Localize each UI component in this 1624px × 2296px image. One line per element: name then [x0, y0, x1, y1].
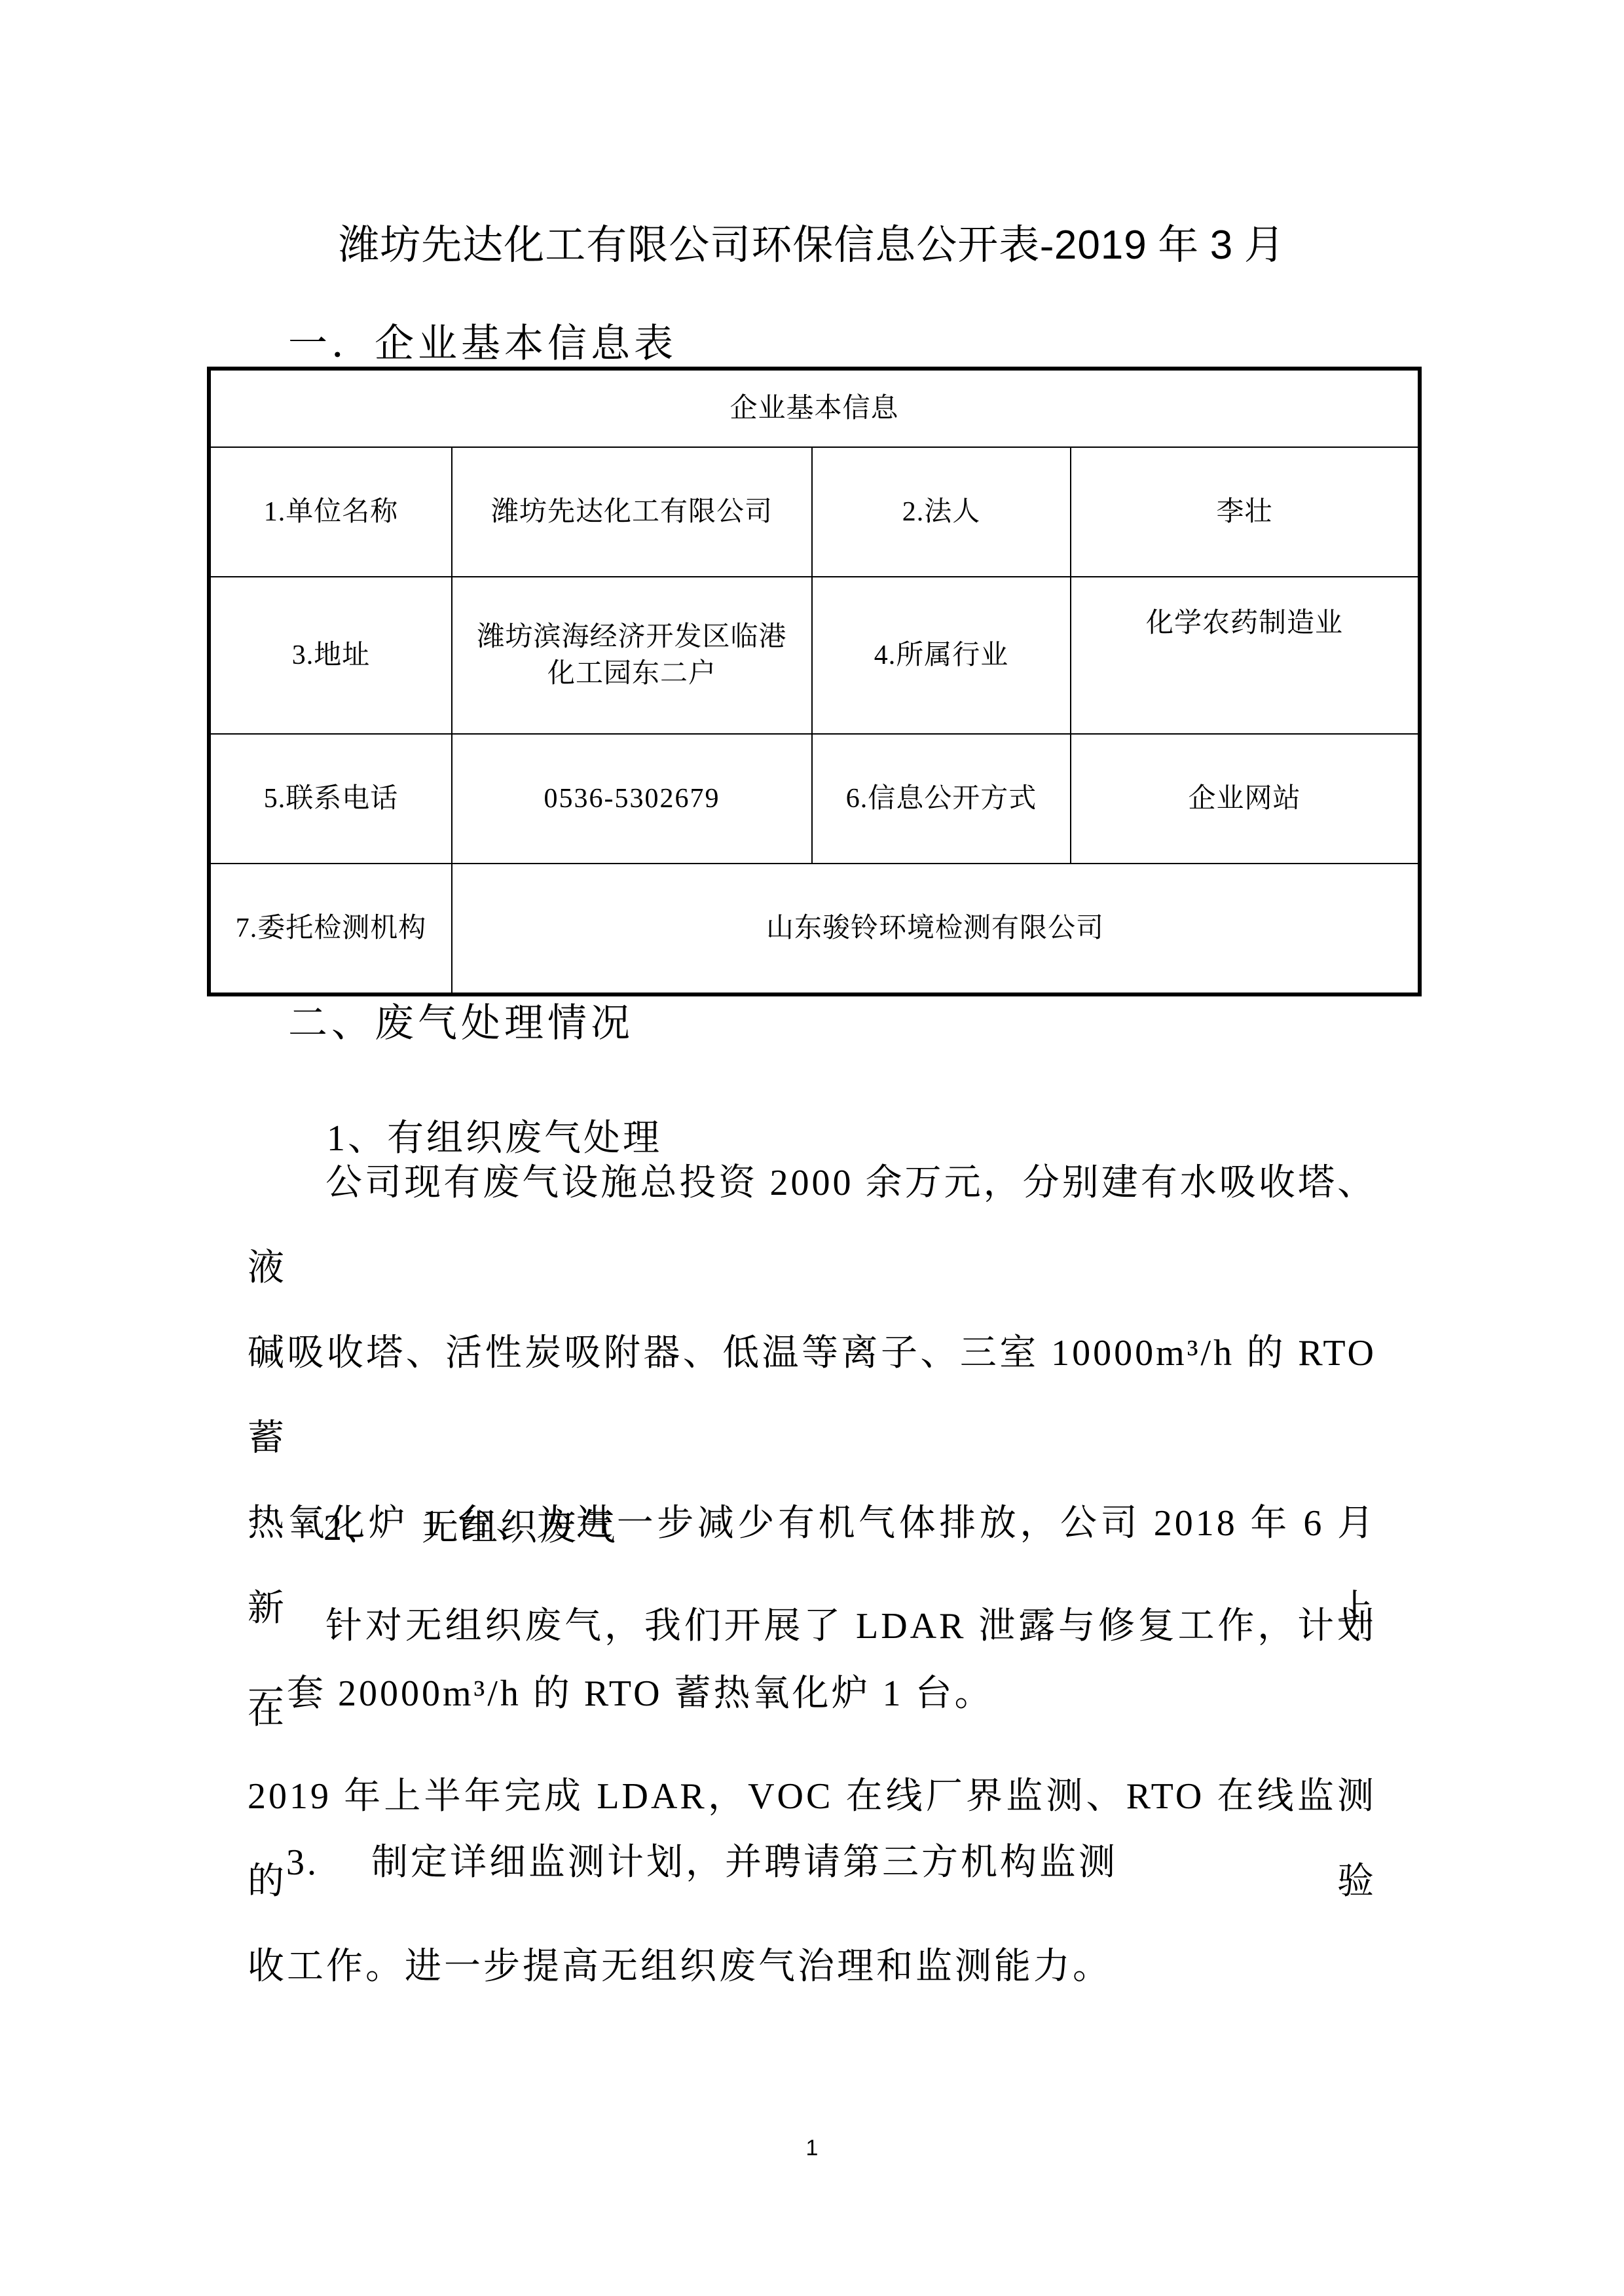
cell-value-phone: 0536-5302679: [452, 734, 812, 864]
cell-value-address: 潍坊滨海经济开发区临港 化工园东二户: [452, 577, 812, 734]
subheading-text: 无组织废气: [422, 1508, 618, 1548]
table-caption: 企业基本信息: [209, 369, 1420, 447]
cell-label-industry: 4.所属行业: [812, 577, 1071, 734]
title-month: 3: [1210, 223, 1233, 268]
table-row: 5.联系电话 0536-5302679 6.信息公开方式 企业网站: [209, 734, 1420, 864]
paragraph-line: 2019 年上半年完成 LDAR，VOC 在线厂界监测、RTO 在线监测的验: [248, 1754, 1376, 1924]
cell-label-phone: 5.联系电话: [209, 734, 452, 864]
paragraph-line: 公司现有废气设施总投资 2000 余万元，分别建有水吸收塔、液: [248, 1140, 1376, 1311]
title-year-unit: 年: [1147, 223, 1210, 268]
table-row: 7.委托检测机构 山东骏铃环境检测有限公司: [209, 864, 1420, 994]
cell-label-address: 3.地址: [209, 577, 452, 734]
cell-value-legal-person: 李壮: [1071, 447, 1420, 577]
table-header-row: 企业基本信息: [209, 369, 1420, 447]
subheading-fugitive-exhaust: 2、无组织废气: [323, 1506, 618, 1550]
title-prefix: 潍坊先达化工有限公司环保信息公开表-: [339, 223, 1054, 268]
section-heading-exhaust-gas: 二、废气处理情况: [288, 1000, 634, 1046]
cell-label-testing-agency: 7.委托检测机构: [209, 864, 452, 994]
cell-label-legal-person: 2.法人: [812, 447, 1071, 577]
document-title: 潍坊先达化工有限公司环保信息公开表-2019 年 3 月: [0, 223, 1624, 268]
address-line-2: 化工园东二户: [459, 655, 805, 692]
title-year: 2019: [1054, 223, 1147, 268]
paragraph-line: 碱吸收塔、活性炭吸附器、低温等离子、三室 10000m³/h 的 RTO 蓄: [248, 1311, 1376, 1481]
page-number: 1: [0, 2136, 1624, 2161]
paragraph-fugitive-exhaust: 针对无组织废气，我们开展了 LDAR 泄露与修复工作，计划在 2019 年上半年…: [248, 1584, 1376, 2009]
cell-value-disclosure-method: 企业网站: [1071, 734, 1420, 864]
subheading-number: 2、: [323, 1508, 384, 1548]
cell-value-testing-agency: 山东骏铃环境检测有限公司: [452, 864, 1420, 994]
paragraph-line: 针对无组织废气，我们开展了 LDAR 泄露与修复工作，计划在: [248, 1584, 1376, 1754]
cell-label-disclosure-method: 6.信息公开方式: [812, 734, 1071, 864]
table-row: 1.单位名称 潍坊先达化工有限公司 2.法人 李壮: [209, 447, 1420, 577]
cell-value-industry: 化学农药制造业: [1071, 577, 1420, 734]
section-heading-basic-info: 一．企业基本信息表: [288, 321, 677, 367]
cell-label-company-name: 1.单位名称: [209, 447, 452, 577]
subheading-number: 3.: [286, 1842, 319, 1883]
basic-info-table: 企业基本信息 1.单位名称 潍坊先达化工有限公司 2.法人 李壮 3.地址 潍坊…: [207, 367, 1422, 996]
address-line-1: 潍坊滨海经济开发区临港: [459, 619, 805, 655]
subheading-text: 制定详细监测计划，并聘请第三方机构监测: [371, 1842, 1118, 1883]
cell-value-company-name: 潍坊先达化工有限公司: [452, 447, 812, 577]
subheading-monitoring-plan: 3.制定详细监测计划，并聘请第三方机构监测: [286, 1841, 1118, 1884]
title-month-unit: 月: [1233, 223, 1285, 268]
paragraph-line: 收工作。进一步提高无组织废气治理和监测能力。: [248, 1924, 1376, 2009]
table-row: 3.地址 潍坊滨海经济开发区临港 化工园东二户 4.所属行业 化学农药制造业: [209, 577, 1420, 734]
